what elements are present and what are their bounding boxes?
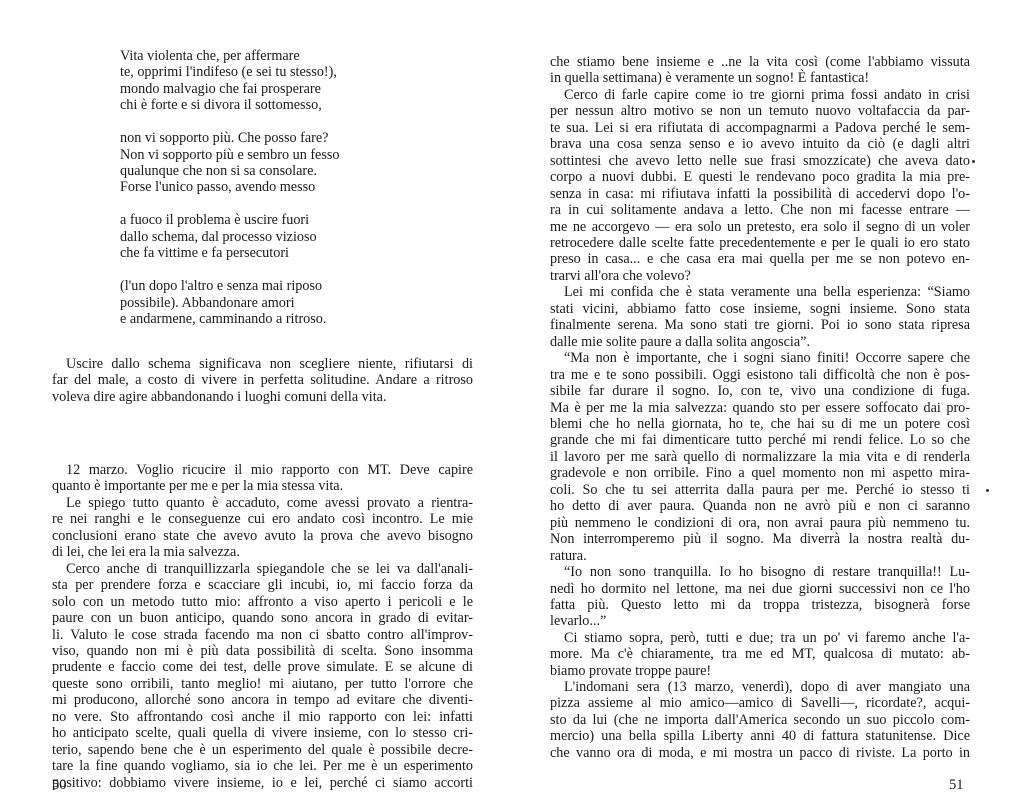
poem-line: mondo malvagio che fai prosperare	[120, 81, 340, 97]
poem: Vita violenta che, per affermarete, oppr…	[120, 48, 340, 344]
text-line: voleva dire agire abbandonando i luoghi …	[52, 389, 473, 405]
text-line: sottintesi che avevo letto nelle sue fra…	[550, 153, 970, 169]
poem-line: e andarmene, camminando a ritroso.	[120, 311, 340, 327]
text-line: gradevole e non orribile. Fino a quel mo…	[550, 465, 970, 481]
text-line: L'indomani sera (13 marzo, venerdì), dop…	[550, 679, 970, 695]
text-line: tare la fine quando vogliamo, sia io che…	[52, 758, 473, 774]
text-line: di lei, che lei era la mia salvezza.	[52, 544, 473, 560]
text-line: sibile far durare il sogno. Io, con te, …	[550, 383, 970, 399]
text-line: preso in casa... e che casa era mai quel…	[550, 251, 970, 267]
text-line: Lei mi confida che è stata veramente una…	[550, 284, 970, 300]
text-line: viso, quando non mi è più data possibili…	[52, 643, 473, 659]
text-line: stati vicini, abbiamo fatto cose insieme…	[550, 301, 970, 317]
poem-line: non vi sopporto più. Che posso fare?	[120, 130, 340, 146]
poem-line: qualunque che non si sa consolare.	[120, 163, 340, 179]
text-line: queste sono orribili, tanto meglio! mi a…	[52, 676, 473, 692]
text-line: per nessun altro motivo se non un temuto…	[550, 103, 970, 119]
text-line: nedì ho dormito nel lettone, ma nei due …	[550, 581, 970, 597]
poem-line: chi è forte e si divora il sottomesso,	[120, 97, 340, 113]
paragraph-block-main: che stiamo bene insieme e ..ne la vita c…	[550, 54, 970, 679]
text-line: pizza assieme al mio amico—amico di Save…	[550, 695, 970, 711]
scan-speck	[986, 489, 989, 492]
page-number-right: 51	[949, 776, 964, 794]
text-line: 12 marzo. Voglio ricucire il mio rapport…	[52, 462, 473, 478]
left-page: Vita violenta che, per affermarete, oppr…	[0, 0, 506, 802]
text-line: Le spiego tutto quanto è accaduto, come …	[52, 495, 473, 511]
text-line: far del male, a costo di vivere in perfe…	[52, 372, 473, 388]
text-line: “Io non sono tranquilla. Io ho bisogno d…	[550, 564, 970, 580]
text-line: blemi che ho nella giornata, ho te, che …	[550, 416, 970, 432]
text-line: mi producono, allorché sono ancora in te…	[52, 692, 473, 708]
text-line: positivo: dobbiamo vivere insieme, io e …	[52, 775, 473, 791]
poem-stanza: (l'un dopo l'altro e senza mai riposopos…	[120, 278, 340, 327]
text-line: paure con un buon anticipo, quando sono …	[52, 610, 473, 626]
text-line: sto da lui (che ne importa dall'America …	[550, 712, 970, 728]
text-line: che vanno ora di moda, e mi mostra un pa…	[550, 745, 970, 761]
text-line: più nemmeno le condizioni di ora, non av…	[550, 515, 970, 531]
text-line: finalmente serena. Ma sono stati tre gio…	[550, 317, 970, 333]
poem-line: possibile). Abbandonare amori	[120, 295, 340, 311]
text-line: “Ma non è importante, che i sogni siano …	[550, 350, 970, 366]
text-line: Uscire dallo schema significava non sceg…	[52, 356, 473, 372]
text-line: fatta più. Questo letto mi da troppa tri…	[550, 597, 970, 613]
paragraph-12-marzo: 12 marzo. Voglio ricucire il mio rapport…	[52, 462, 473, 791]
text-line: prudente e faccio come dei test, delle p…	[52, 659, 473, 675]
paragraph-uscire: Uscire dallo schema significava non sceg…	[52, 356, 473, 405]
poem-line: che fa vittime e fa persecutori	[120, 245, 340, 261]
text-line: ratura.	[550, 548, 970, 564]
poem-stanza: non vi sopporto più. Che posso fare?Non …	[120, 130, 340, 196]
poem-line: a fuoco il problema è uscire fuori	[120, 212, 340, 228]
right-page: che stiamo bene insieme e ..ne la vita c…	[506, 0, 1012, 802]
text-line: Cerco anche di tranquillizzarla spiegand…	[52, 561, 473, 577]
text-line: ho detto di aver paura. Quanda non ne av…	[550, 498, 970, 514]
text-line: senza in casa: mi rifiutava infatti la p…	[550, 186, 970, 202]
text-line: levarlo...”	[550, 613, 970, 629]
text-line: mercio) una bella spilla Liberty anni 40…	[550, 728, 970, 744]
text-line: che stiamo bene insieme e ..ne la vita c…	[550, 54, 970, 70]
text-line: me ne accorgevo — era solo un pretesto, …	[550, 219, 970, 235]
text-line: te sua. Lei si era rifiutata di accompag…	[550, 120, 970, 136]
poem-line: te, opprimi l'indifeso (e sei tu stesso!…	[120, 64, 340, 80]
poem-stanza: Vita violenta che, per affermarete, oppr…	[120, 48, 340, 114]
text-line: solo con un metodo tutto mio: affronto a…	[52, 594, 473, 610]
text-line: in quella settimana) è veramente un sogn…	[550, 70, 970, 86]
text-line: il lavoro per me sarà quello di normaliz…	[550, 449, 970, 465]
text-line: retrocedere dalle scelte fatte precedent…	[550, 235, 970, 251]
poem-stanza: a fuoco il problema è uscire fuoridallo …	[120, 212, 340, 261]
scan-speck	[972, 160, 975, 163]
poem-line: Vita violenta che, per affermare	[120, 48, 340, 64]
text-line: Ma è per me la mia salvezza: quando sto …	[550, 400, 970, 416]
text-line: terio, sapendo bene che è un esperimento…	[52, 742, 473, 758]
poem-line: Forse l'unico passo, avendo messo	[120, 179, 340, 195]
text-line: coli. So che tu sei atterrita dalla paur…	[550, 482, 970, 498]
text-line: Ci stiamo sopra, però, tutti e due; tra …	[550, 630, 970, 646]
text-line: grande che mi fai dimenticare tutto perc…	[550, 432, 970, 448]
text-line: quanto è importante per me e per la mia …	[52, 478, 473, 494]
text-line: conclusioni erano state che avevo avuto …	[52, 528, 473, 544]
text-line: tra me e te sono possibili. Oggi esiston…	[550, 367, 970, 383]
poem-line: dallo schema, dal processo vizioso	[120, 229, 340, 245]
text-line: more. Ma c'è chiaramente, tra me ed MT, …	[550, 646, 970, 662]
poem-line: Non vi sopporto più e sembro un fesso	[120, 147, 340, 163]
text-line: brava una cosa senza senso e io avevo in…	[550, 136, 970, 152]
text-line: dalle mie solite paure a dalla solita an…	[550, 334, 970, 350]
text-line: li. Valuto le cose strada facendo ma non…	[52, 627, 473, 643]
text-line: biamo provate troppe paure!	[550, 663, 970, 679]
poem-line: (l'un dopo l'altro e senza mai riposo	[120, 278, 340, 294]
text-line: ra in cui solitamente andava a letto. Ch…	[550, 202, 970, 218]
text-line: no vere. Sto affrontando così anche il m…	[52, 709, 473, 725]
text-line: corpo a nuovi dubbi. E questi le rendeva…	[550, 169, 970, 185]
text-line: Non interromperemo più il sogno. Ma dive…	[550, 531, 970, 547]
page-number-left: 50	[52, 776, 67, 794]
paragraph-indomani: L'indomani sera (13 marzo, venerdì), dop…	[550, 679, 970, 761]
text-line: re nei ranghi e le conseguenze cui ero a…	[52, 511, 473, 527]
text-line: trarvi all'ora che volevo?	[550, 268, 970, 284]
text-line: sta per prendere forza e scacciare gli i…	[52, 577, 473, 593]
text-line: ho anticipato scelte, quali quella di vi…	[52, 725, 473, 741]
text-line: Cerco di farle capire come io tre giorni…	[550, 87, 970, 103]
